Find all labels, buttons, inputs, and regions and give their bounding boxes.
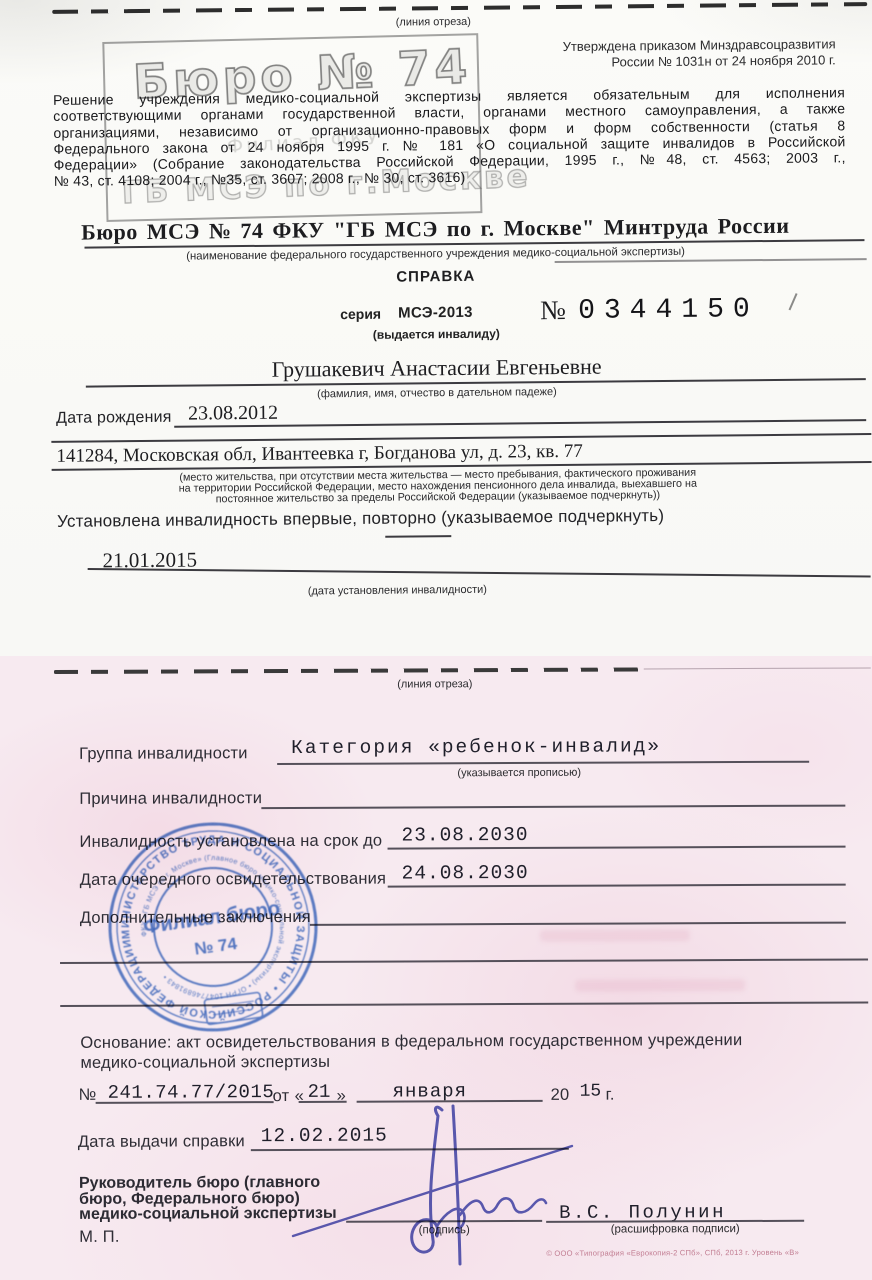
scanned-disability-certificate: { "cut_top": { "label": "(линия отреза)"… [0,0,872,1280]
handwritten-signature [0,0,872,1280]
